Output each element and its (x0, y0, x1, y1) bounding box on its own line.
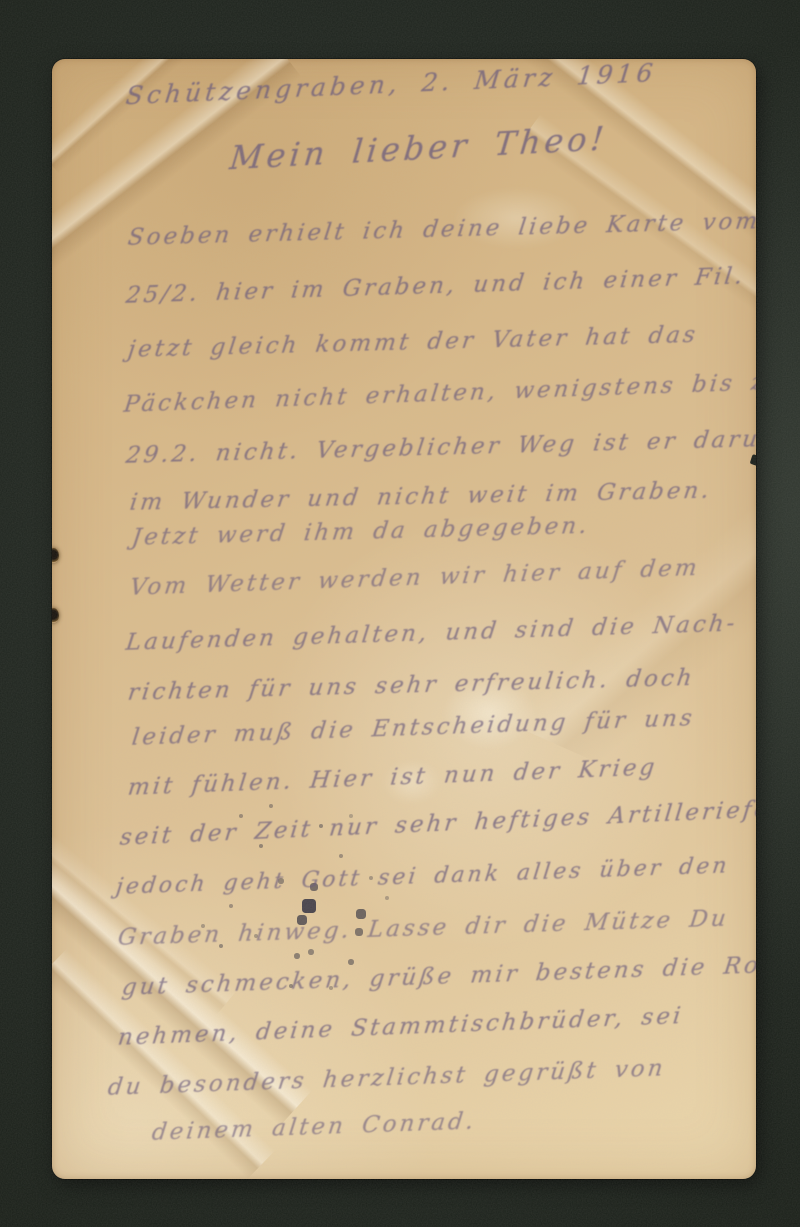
letter-line: Jetzt werd ihm da abgegeben. (130, 513, 591, 551)
letter-line: 25/2. hier im Graben, und ich einer Fil. (124, 263, 746, 309)
background-mat: Schützengraben, 2. März 1916Mein lieber … (0, 0, 800, 1227)
letter-line: jetzt gleich kommt der Vater hat das (126, 322, 699, 363)
letter-line: Vom Wetter werden wir hier auf dem (128, 555, 701, 601)
letter-line: 29.2. nicht. Vergeblicher Weg ist er dar… (124, 426, 756, 469)
letter-line: Soeben erhielt ich deine liebe Karte vom (126, 208, 756, 251)
letter-line: Päckchen nicht erhalten, wenigstens bis … (122, 368, 756, 418)
letter-line: du besonders herzlichst gegrüßt von (106, 1055, 667, 1101)
letter-line: gut schmecken, grüße mir bestens die Rot (120, 952, 756, 1001)
postcard: Schützengraben, 2. März 1916Mein lieber … (52, 59, 756, 1179)
letter-line: seit der Zeit nur sehr heftiges Artiller… (119, 794, 756, 851)
letter-line: im Wunder und nicht weit im Graben. (128, 478, 713, 516)
salutation: Mein lieber Theo! (228, 119, 610, 177)
letter-line: nehmen, deine Stammtischbrüder, sei (116, 1003, 684, 1051)
letter-line: Graben hinweg. Lasse dir die Mütze Du (116, 906, 730, 951)
dateline: Schützengraben, 2. März 1916 (124, 59, 658, 110)
letter-line: richten für uns sehr erfreulich. doch (126, 665, 696, 706)
letter-line: mit fühlen. Hier ist nun der Krieg (126, 755, 658, 801)
letter-line: deinem alten Conrad. (150, 1109, 477, 1146)
letter-text: Schützengraben, 2. März 1916Mein lieber … (52, 59, 756, 1179)
letter-line: leider muß die Entscheidung für uns (130, 705, 696, 751)
letter-line: Laufenden gehalten, und sind die Nach- (124, 611, 739, 656)
letter-line: jedoch geht Gott sei dank alles über den (114, 854, 731, 901)
